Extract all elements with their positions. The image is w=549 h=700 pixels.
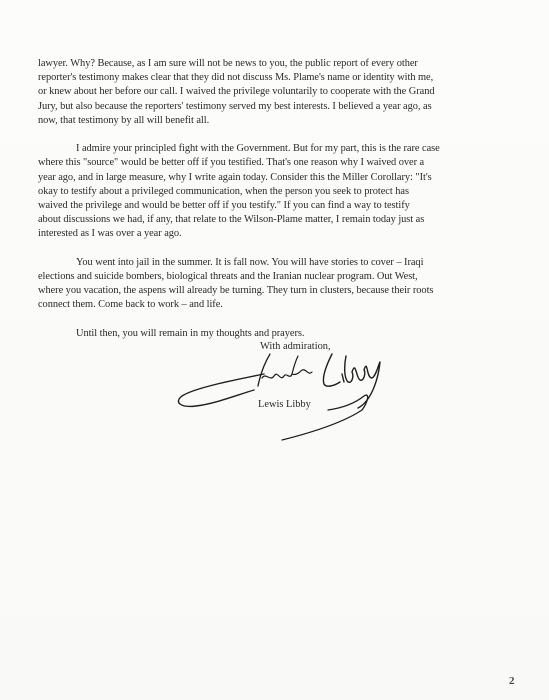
text-line: now, that testimony by all will benefit …: [38, 114, 513, 128]
text-line: I admire your principled fight with the …: [38, 142, 513, 156]
handwritten-signature: [174, 352, 394, 442]
text-line: or knew about her before our call. I wai…: [38, 85, 513, 99]
text-line: where this "source" would be better off …: [38, 156, 513, 170]
paragraph-3: You went into jail in the summer. It is …: [38, 256, 513, 313]
printed-name: Lewis Libby: [258, 399, 311, 410]
text-line: waived the privilege and would be better…: [38, 199, 513, 213]
paragraph-2: I admire your principled fight with the …: [38, 142, 513, 241]
text-line: elections and suicide bombers, biologica…: [38, 270, 513, 284]
text-line: reporter's testimony makes clear that th…: [38, 71, 513, 85]
paragraph-1: lawyer. Why? Because, as I am sure will …: [38, 57, 513, 128]
text-line: lawyer. Why? Because, as I am sure will …: [38, 57, 513, 71]
text-line: interested as I was over a year ago.: [38, 227, 513, 241]
text-line: year ago, and in large measure, why I wr…: [38, 171, 513, 185]
text-line: You went into jail in the summer. It is …: [38, 256, 513, 270]
letter-page: lawyer. Why? Because, as I am sure will …: [0, 0, 549, 700]
letter-body: lawyer. Why? Because, as I am sure will …: [38, 57, 513, 355]
text-line: where you vacation, the aspens will alre…: [38, 284, 513, 298]
text-line: Jury, but also because the reporters' te…: [38, 100, 513, 114]
text-line: okay to testify about a privileged commu…: [38, 185, 513, 199]
text-line: about discussions we had, if any, that r…: [38, 213, 513, 227]
page-number: 2: [509, 675, 515, 687]
text-line: Until then, you will remain in my though…: [38, 327, 513, 341]
closing-salutation: With admiration,: [260, 341, 331, 352]
paragraph-4: Until then, you will remain in my though…: [38, 327, 513, 341]
text-line: connect them. Come back to work – and li…: [38, 298, 513, 312]
